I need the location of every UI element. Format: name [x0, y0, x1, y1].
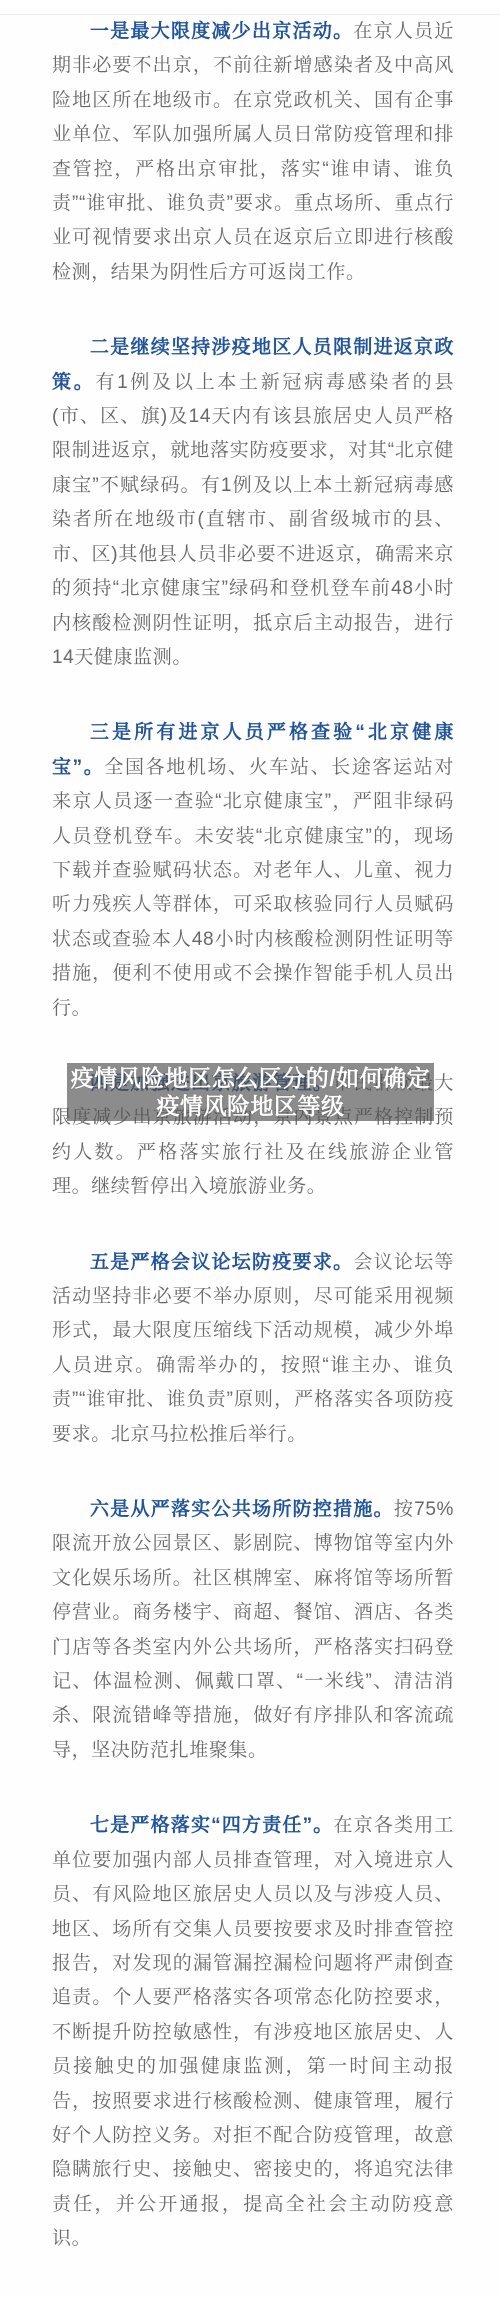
top-divider — [0, 0, 500, 15]
paragraph-heading: 六是从严落实公共场所防控措施。 — [90, 1499, 394, 1520]
policy-paragraph-2: 二是继续坚持涉疫地区人员限制进返京政策。有1例及以上本土新冠病毒感染者的县(市、… — [52, 331, 454, 675]
policy-paragraph-7: 七是严格落实“四方责任”。在京各类用工单位要加强内部人员排查管理，对入境进京人员… — [52, 1809, 454, 2256]
paragraph-body: 会议论坛等活动坚持非必要不举办原则，尽可能采用视频形式，最大限度压缩线下活动规模… — [52, 1252, 454, 1445]
article-page: 一是最大限度减少出京活动。在京人员近期非必要不出京，不前往新增感染者及中高风险地… — [0, 0, 500, 2297]
paragraph-body: 全国各地机场、火车站、长途客运站对来京人员逐一查验“北京健康宝”，严阻非绿码人员… — [52, 757, 454, 1019]
badge-line-2: 疫情风险地区等级 — [67, 1092, 434, 1120]
badge-line-1: 疫情风险地区怎么区分的/如何确定 — [67, 1064, 434, 1092]
watermark-overlay-badge: 疫情风险地区怎么区分的/如何确定 疫情风险地区等级 — [67, 1063, 434, 1121]
paragraph-heading: 一是最大限度减少出京活动。 — [90, 21, 353, 42]
article-content: 一是最大限度减少出京活动。在京人员近期非必要不出京，不前往新增感染者及中高风险地… — [0, 15, 500, 2297]
policy-paragraph-5: 五是严格会议论坛防疫要求。会议论坛等活动坚持非必要不举办原则，尽可能采用视频形式… — [52, 1246, 454, 1452]
paragraph-heading: 七是严格落实“四方责任”。 — [90, 1815, 333, 1836]
paragraph-body: 有1例及以上本土新冠病毒感染者的县(市、区、旗)及14天内有该县旅居史人员严格限… — [52, 372, 454, 668]
policy-paragraph-6: 六是从严落实公共场所防控措施。按75%限流开放公园景区、影剧院、博物馆等室内外文… — [52, 1493, 454, 1768]
policy-paragraph-1: 一是最大限度减少出京活动。在京人员近期非必要不出京，不前往新增感染者及中高风险地… — [52, 15, 454, 290]
paragraph-body: 在京人员近期非必要不出京，不前往新增感染者及中高风险地区所在地级市。在京党政机关… — [52, 21, 454, 283]
paragraph-heading: 五是严格会议论坛防疫要求。 — [90, 1252, 353, 1273]
paragraph-body: 按75%限流开放公园景区、影剧院、博物馆等室内外文化娱乐场所。社区棋牌室、麻将馆… — [52, 1499, 454, 1761]
paragraph-body: 在京各类用工单位要加强内部人员排查管理，对入境进京人员、有风险地区旅居史人员以及… — [52, 1815, 454, 2249]
policy-paragraph-3: 三是所有进京人员严格查验“北京健康宝”。全国各地机场、火车站、长途客运站对来京人… — [52, 716, 454, 1026]
